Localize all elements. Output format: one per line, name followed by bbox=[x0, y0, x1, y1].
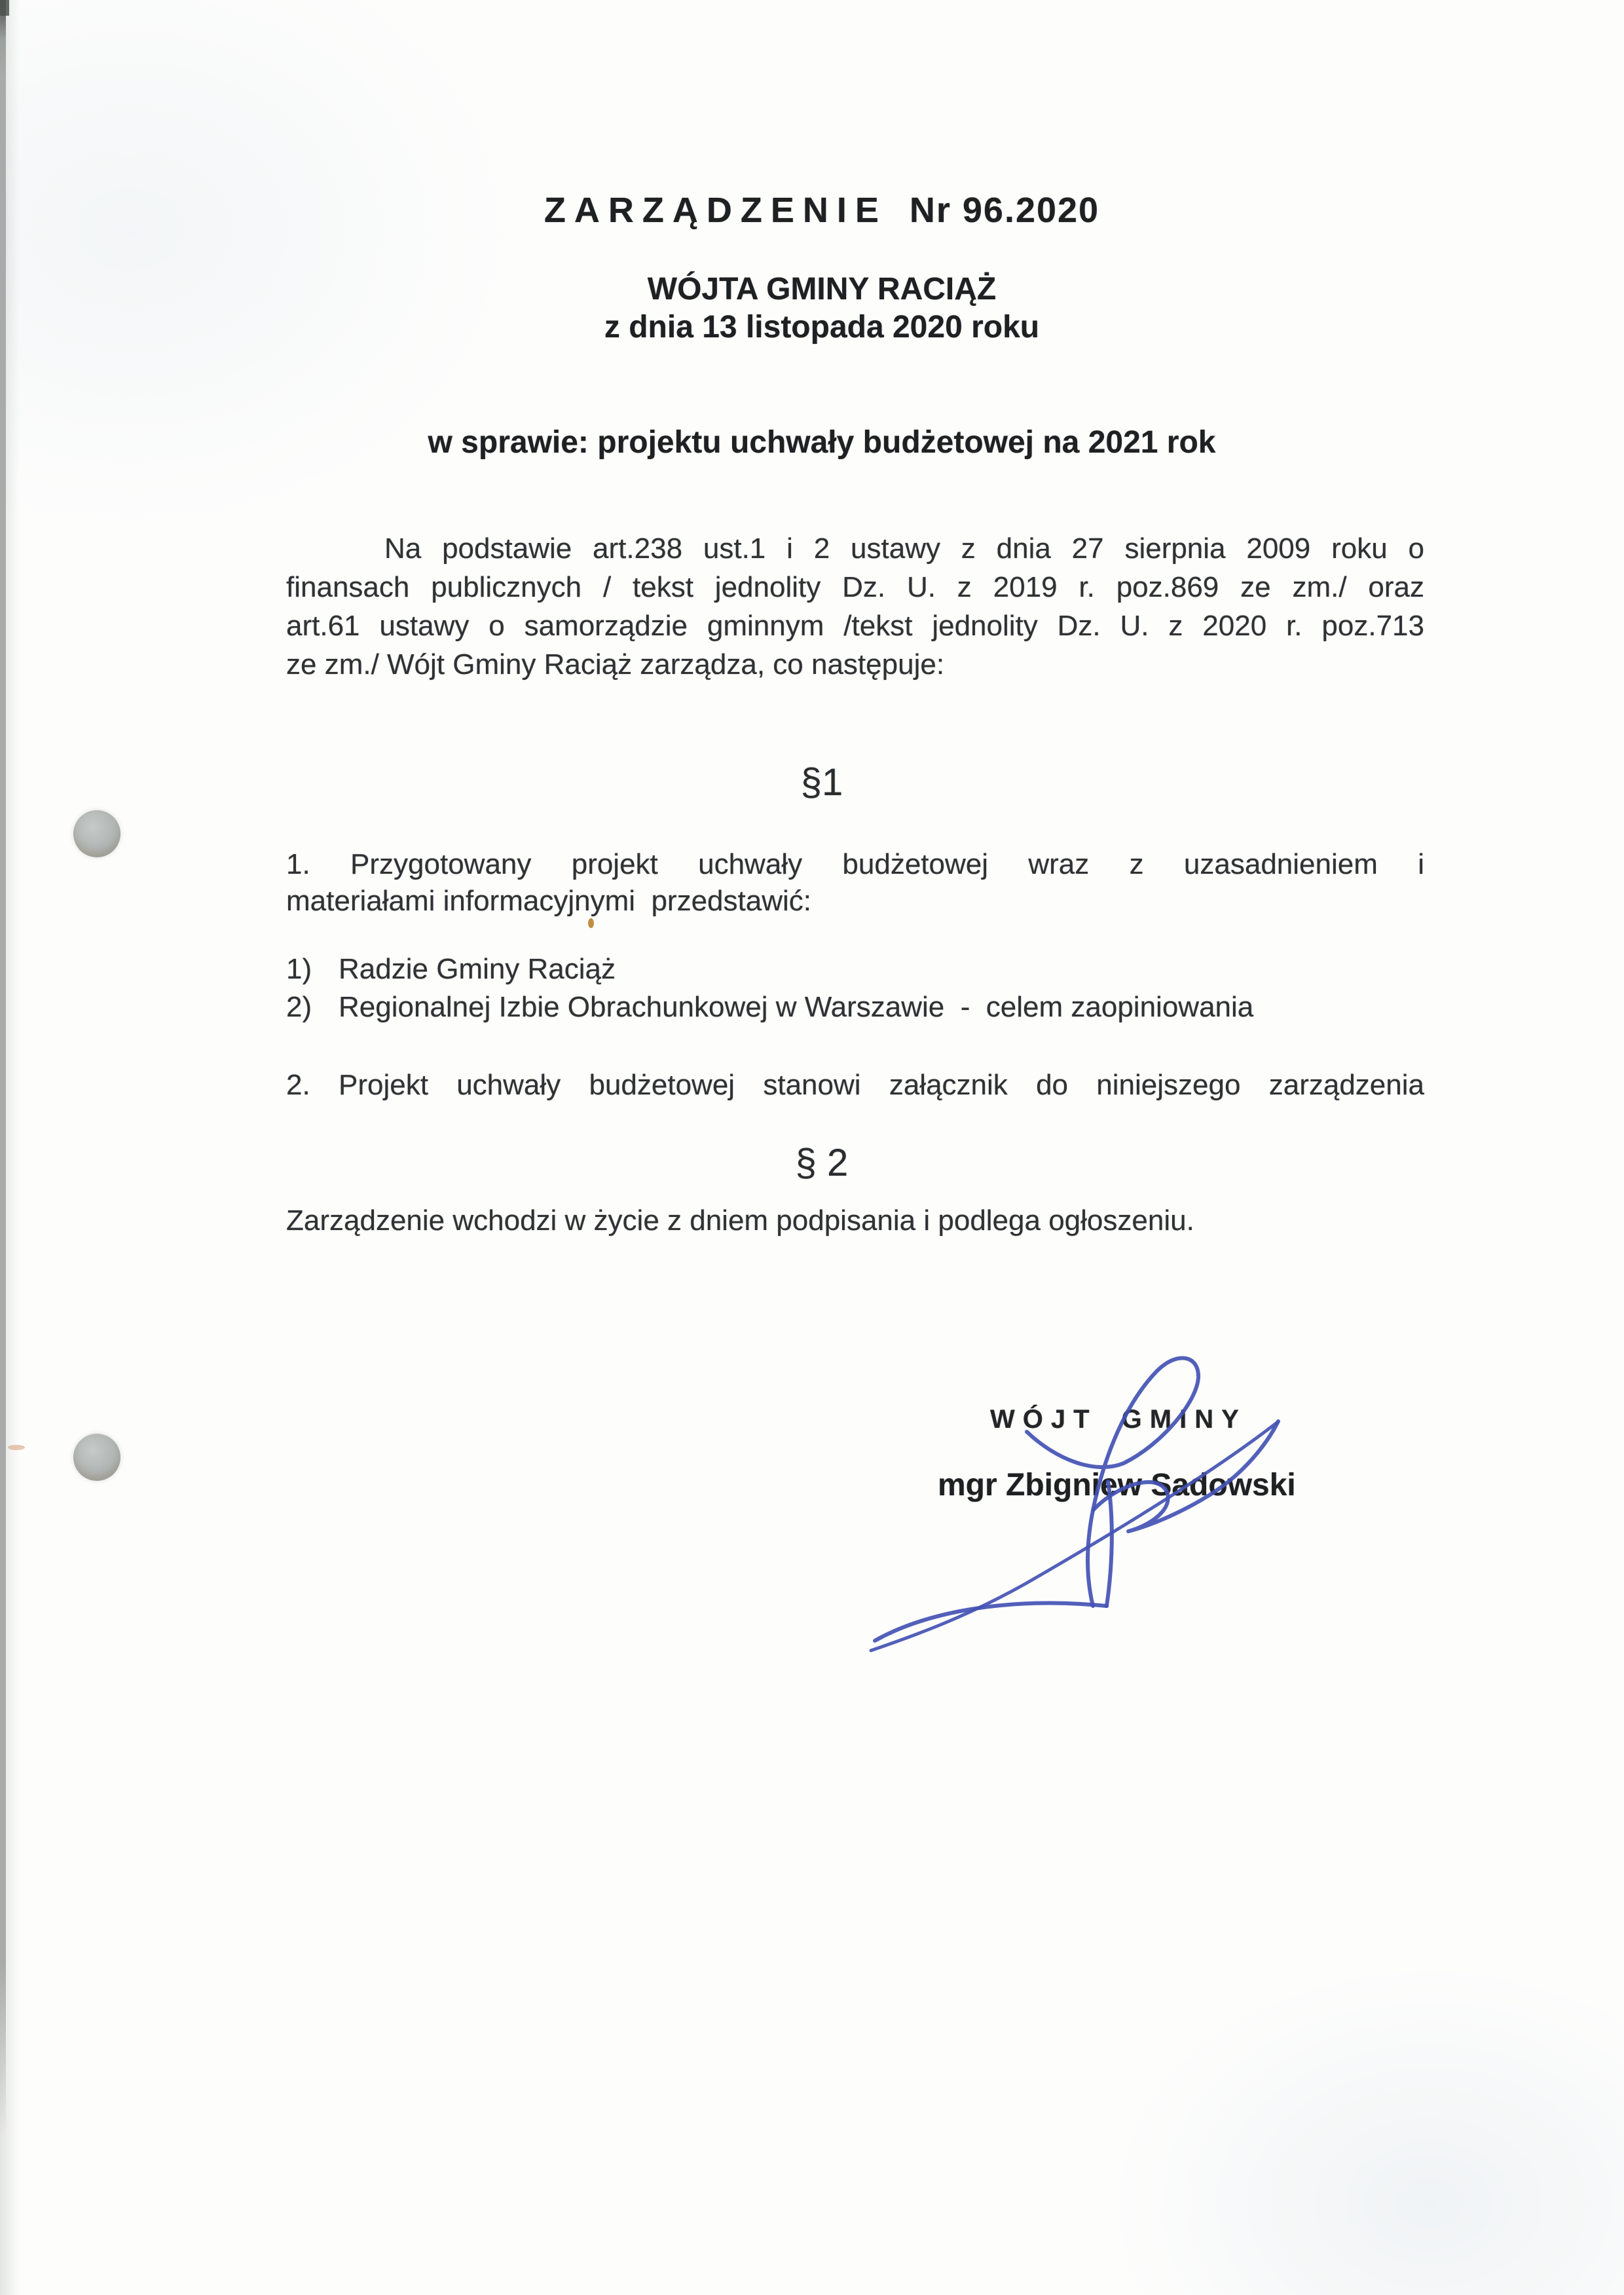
scan-left-edge-strip bbox=[0, 0, 6, 2135]
list-item: 1)Radzie Gminy Raciąż bbox=[286, 950, 1424, 988]
signature-stroke-curls-tail bbox=[1094, 1421, 1278, 1531]
section-1-sublist: 1)Radzie Gminy Raciąż 2)Regionalnej Izbi… bbox=[286, 950, 1424, 1026]
section-1-item-2: 2. Projekt uchwały budżetowej stanowi za… bbox=[286, 1066, 1424, 1104]
handwritten-signature bbox=[851, 1336, 1310, 1664]
paragraph-line: 1. Przygotowany projekt uchwały budżetow… bbox=[286, 846, 1424, 883]
scan-speck-orange bbox=[588, 918, 594, 928]
signature-stroke-vertical bbox=[1107, 1482, 1112, 1606]
paragraph-line: finansach publicznych / tekst jednolity … bbox=[286, 568, 1424, 606]
punch-hole-top bbox=[73, 810, 120, 857]
paragraph-line: materiałami informacyjnymi przedstawić: bbox=[286, 883, 1424, 920]
document-number: Nr 96.2020 bbox=[910, 191, 1099, 230]
closing-sentence: Zarządzenie wchodzi w życie z dniem podp… bbox=[286, 1201, 1424, 1240]
issuer-name: WÓJTA GMINY RACIĄŻ bbox=[20, 271, 1624, 308]
legal-basis-paragraph: Na podstawie art.238 ust.1 i 2 ustawy z … bbox=[286, 529, 1424, 684]
list-item: 2)Regionalnej Izbie Obrachunkowej w Wars… bbox=[286, 988, 1424, 1026]
document-kind-label: ZARZĄDZENIE bbox=[544, 191, 887, 230]
list-item-text: Regionalnej Izbie Obrachunkowej w Warsza… bbox=[339, 991, 1253, 1023]
subject-line: w sprawie: projektu uchwały budżetowej n… bbox=[20, 424, 1624, 462]
paragraph-line: ze zm./ Wójt Gminy Raciąż zarządza, co n… bbox=[286, 645, 1424, 684]
scan-corner-artifact bbox=[0, 0, 9, 16]
paragraph-line: Na podstawie art.238 ust.1 i 2 ustawy z … bbox=[286, 529, 1424, 568]
scan-speck-pink bbox=[8, 1445, 25, 1450]
document-title: ZARZĄDZENIENr 96.2020 bbox=[20, 191, 1624, 230]
scanned-document-page: ZARZĄDZENIENr 96.2020 WÓJTA GMINY RACIĄŻ… bbox=[0, 0, 1624, 2295]
section-2-heading: § 2 bbox=[20, 1144, 1624, 1183]
punch-hole-bottom bbox=[73, 1434, 120, 1481]
section-1-heading: §1 bbox=[20, 763, 1624, 802]
list-item-marker: 1) bbox=[286, 950, 339, 988]
issuer-block: WÓJTA GMINY RACIĄŻ z dnia 13 listopada 2… bbox=[20, 271, 1624, 346]
section-1-item-1: 1. Przygotowany projekt uchwały budżetow… bbox=[286, 846, 1424, 920]
paragraph-line: art.61 ustawy o samorządzie gminnym /tek… bbox=[286, 606, 1424, 645]
issue-date: z dnia 13 listopada 2020 roku bbox=[20, 308, 1624, 346]
list-item-text: Radzie Gminy Raciąż bbox=[339, 953, 616, 985]
list-item-marker: 2) bbox=[286, 988, 339, 1026]
